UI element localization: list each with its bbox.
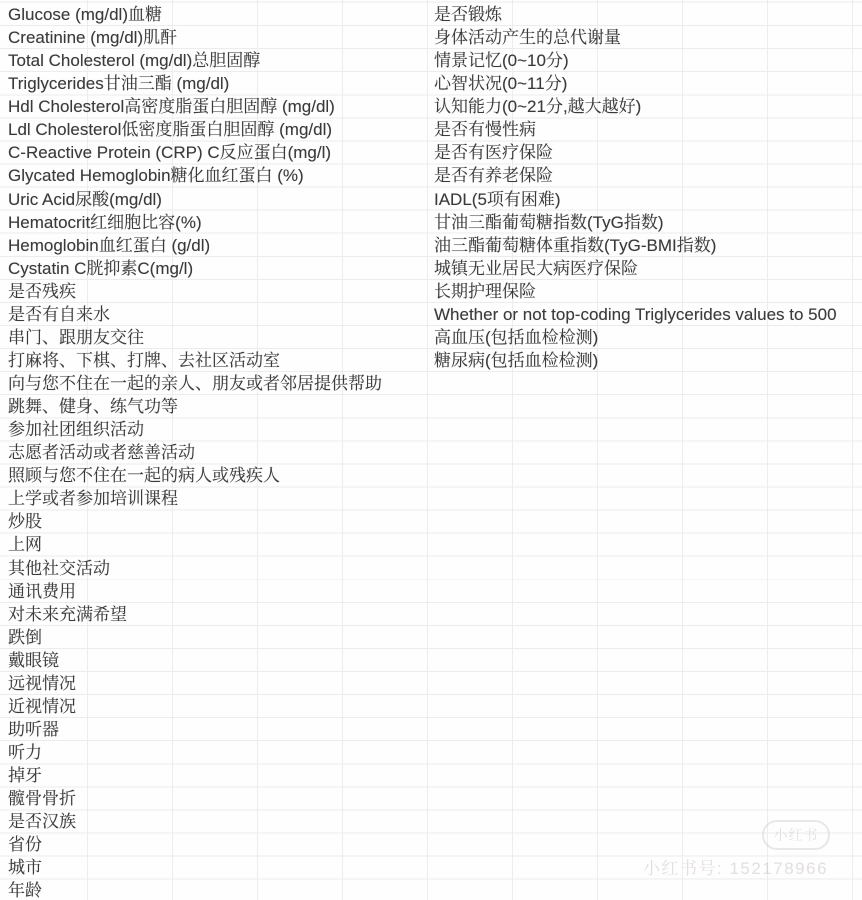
cell-label-left: 是否有自来水 [8,303,110,326]
cell-label-left: Hemoglobin血红蛋白 (g/dl) [8,234,210,257]
sheet-row: 近视情况 [0,695,862,718]
cell-label-left: 听力 [8,741,42,764]
sheet-row: 串门、跟朋友交往高血压(包括血检检测) [0,326,862,349]
cell-label-left: Triglycerides甘油三酯 (mg/dl) [8,72,229,95]
cell-label-left: 城市 [8,856,42,879]
cell-label-right: 是否有慢性病 [434,118,536,141]
cell-label-left: 炒股 [8,510,42,533]
xiaohongshu-id-watermark: 小红书号: 152178966 [643,854,828,879]
cell-label-left: 掉牙 [8,764,42,787]
sheet-row: 照顾与您不住在一起的病人或残疾人 [0,464,862,487]
cell-label-left: C-Reactive Protein (CRP) C反应蛋白(mg/l) [8,141,331,164]
spreadsheet-viewport: Glucose (mg/dl)血糖是否锻炼Creatinine (mg/dl)肌… [0,0,862,900]
cell-label-right: 糖尿病(包括血检检测) [434,349,598,372]
spreadsheet-rows: Glucose (mg/dl)血糖是否锻炼Creatinine (mg/dl)肌… [0,3,862,900]
sheet-row: Hemoglobin血红蛋白 (g/dl)油三酯葡萄糖体重指数(TyG-BMI指… [0,234,862,257]
cell-label-left: Glycated Hemoglobin糖化血红蛋白 (%) [8,164,304,187]
cell-label-left: 上学或者参加培训课程 [8,487,178,510]
sheet-row: 参加社团组织活动 [0,418,862,441]
cell-label-left: 串门、跟朋友交往 [8,326,144,349]
sheet-row: 上学或者参加培训课程 [0,487,862,510]
cell-label-left: 助听器 [8,718,59,741]
cell-label-left: 参加社团组织活动 [8,418,144,441]
cell-label-right: 是否有养老保险 [434,164,553,187]
cell-label-left: 照顾与您不住在一起的病人或残疾人 [8,464,280,487]
sheet-row: 上网 [0,533,862,556]
cell-label-left: 髋骨骨折 [8,787,76,810]
sheet-row: 打麻将、下棋、打牌、去社区活动室糖尿病(包括血检检测) [0,349,862,372]
cell-label-right: 认知能力(0~21分,越大越好) [434,95,641,118]
sheet-row: 听力 [0,741,862,764]
cell-label-left: 省份 [8,833,42,856]
cell-label-right: 城镇无业居民大病医疗保险 [434,257,638,280]
cell-label-left: 通讯费用 [8,580,76,603]
sheet-row: 跳舞、健身、练气功等 [0,395,862,418]
sheet-row: Hdl Cholesterol高密度脂蛋白胆固醇 (mg/dl)认知能力(0~2… [0,95,862,118]
cell-label-left: 近视情况 [8,695,76,718]
sheet-row: 掉牙 [0,764,862,787]
sheet-row: Triglycerides甘油三酯 (mg/dl)心智状况(0~11分) [0,72,862,95]
cell-label-right: 情景记忆(0~10分) [434,49,569,72]
cell-label-left: 跳舞、健身、练气功等 [8,395,178,418]
cell-label-right: 高血压(包括血检检测) [434,326,598,349]
sheet-row: Total Cholesterol (mg/dl)总胆固醇情景记忆(0~10分) [0,49,862,72]
cell-label-right: 长期护理保险 [434,280,536,303]
sheet-row: 跌倒 [0,626,862,649]
sheet-row: 省份 [0,833,862,856]
cell-label-left: 向与您不住在一起的亲人、朋友或者邻居提供帮助 [8,372,382,395]
sheet-row: 对未来充满希望 [0,603,862,626]
cell-label-left: 远视情况 [8,672,76,695]
cell-label-left: Glucose (mg/dl)血糖 [8,3,162,26]
cell-label-right: 油三酯葡萄糖体重指数(TyG-BMI指数) [434,234,716,257]
cell-label-left: Uric Acid尿酸(mg/dl) [8,188,162,211]
cell-label-left: 其他社交活动 [8,557,110,580]
cell-label-right: 身体活动产生的总代谢量 [434,26,621,49]
sheet-row: 远视情况 [0,672,862,695]
sheet-row: 是否汉族 [0,810,862,833]
sheet-row: Ldl Cholesterol低密度脂蛋白胆固醇 (mg/dl)是否有慢性病 [0,118,862,141]
sheet-row: Glycated Hemoglobin糖化血红蛋白 (%)是否有养老保险 [0,164,862,187]
cell-label-left: Hdl Cholesterol高密度脂蛋白胆固醇 (mg/dl) [8,95,335,118]
sheet-row: 戴眼镜 [0,649,862,672]
cell-label-left: 志愿者活动或者慈善活动 [8,441,195,464]
cell-label-left: Creatinine (mg/dl)肌酐 [8,26,177,49]
cell-label-right: 心智状况(0~11分) [434,72,567,95]
cell-label-left: 年龄 [8,879,42,900]
cell-label-left: Ldl Cholesterol低密度脂蛋白胆固醇 (mg/dl) [8,118,332,141]
cell-label-left: 打麻将、下棋、打牌、去社区活动室 [8,349,280,372]
cell-label-right: 是否锻炼 [434,3,502,26]
sheet-row: Hematocrit红细胞比容(%)甘油三酯葡萄糖指数(TyG指数) [0,211,862,234]
cell-label-left: Hematocrit红细胞比容(%) [8,211,202,234]
cell-label-right: IADL(5项有困难) [434,188,561,211]
sheet-row: Uric Acid尿酸(mg/dl)IADL(5项有困难) [0,188,862,211]
sheet-row: Glucose (mg/dl)血糖是否锻炼 [0,3,862,26]
sheet-row: 通讯费用 [0,580,862,603]
cell-label-right: 是否有医疗保险 [434,141,553,164]
cell-label-left: Total Cholesterol (mg/dl)总胆固醇 [8,49,260,72]
cell-label-left: Cystatin C胱抑素C(mg/l) [8,257,193,280]
sheet-row: 向与您不住在一起的亲人、朋友或者邻居提供帮助 [0,372,862,395]
cell-label-right: 甘油三酯葡萄糖指数(TyG指数) [434,211,664,234]
sheet-row: 髋骨骨折 [0,787,862,810]
sheet-row: 志愿者活动或者慈善活动 [0,441,862,464]
cell-label-left: 是否汉族 [8,810,76,833]
sheet-row: Creatinine (mg/dl)肌酐身体活动产生的总代谢量 [0,26,862,49]
sheet-row: 助听器 [0,718,862,741]
sheet-row: 是否有自来水Whether or not top-coding Triglyce… [0,303,862,326]
cell-label-left: 上网 [8,533,42,556]
cell-label-left: 戴眼镜 [8,649,59,672]
cell-label-left: 跌倒 [8,626,42,649]
sheet-row: Cystatin C胱抑素C(mg/l)城镇无业居民大病医疗保险 [0,257,862,280]
cell-label-left: 是否残疾 [8,280,76,303]
sheet-row: 炒股 [0,510,862,533]
cell-label-left: 对未来充满希望 [8,603,127,626]
sheet-row: 其他社交活动 [0,557,862,580]
sheet-row: 是否残疾长期护理保险 [0,280,862,303]
sheet-row: 年龄 [0,879,862,900]
cell-label-right: Whether or not top-coding Triglycerides … [434,303,837,326]
sheet-row: C-Reactive Protein (CRP) C反应蛋白(mg/l)是否有医… [0,141,862,164]
xiaohongshu-badge-watermark: 小红书 [762,820,830,850]
